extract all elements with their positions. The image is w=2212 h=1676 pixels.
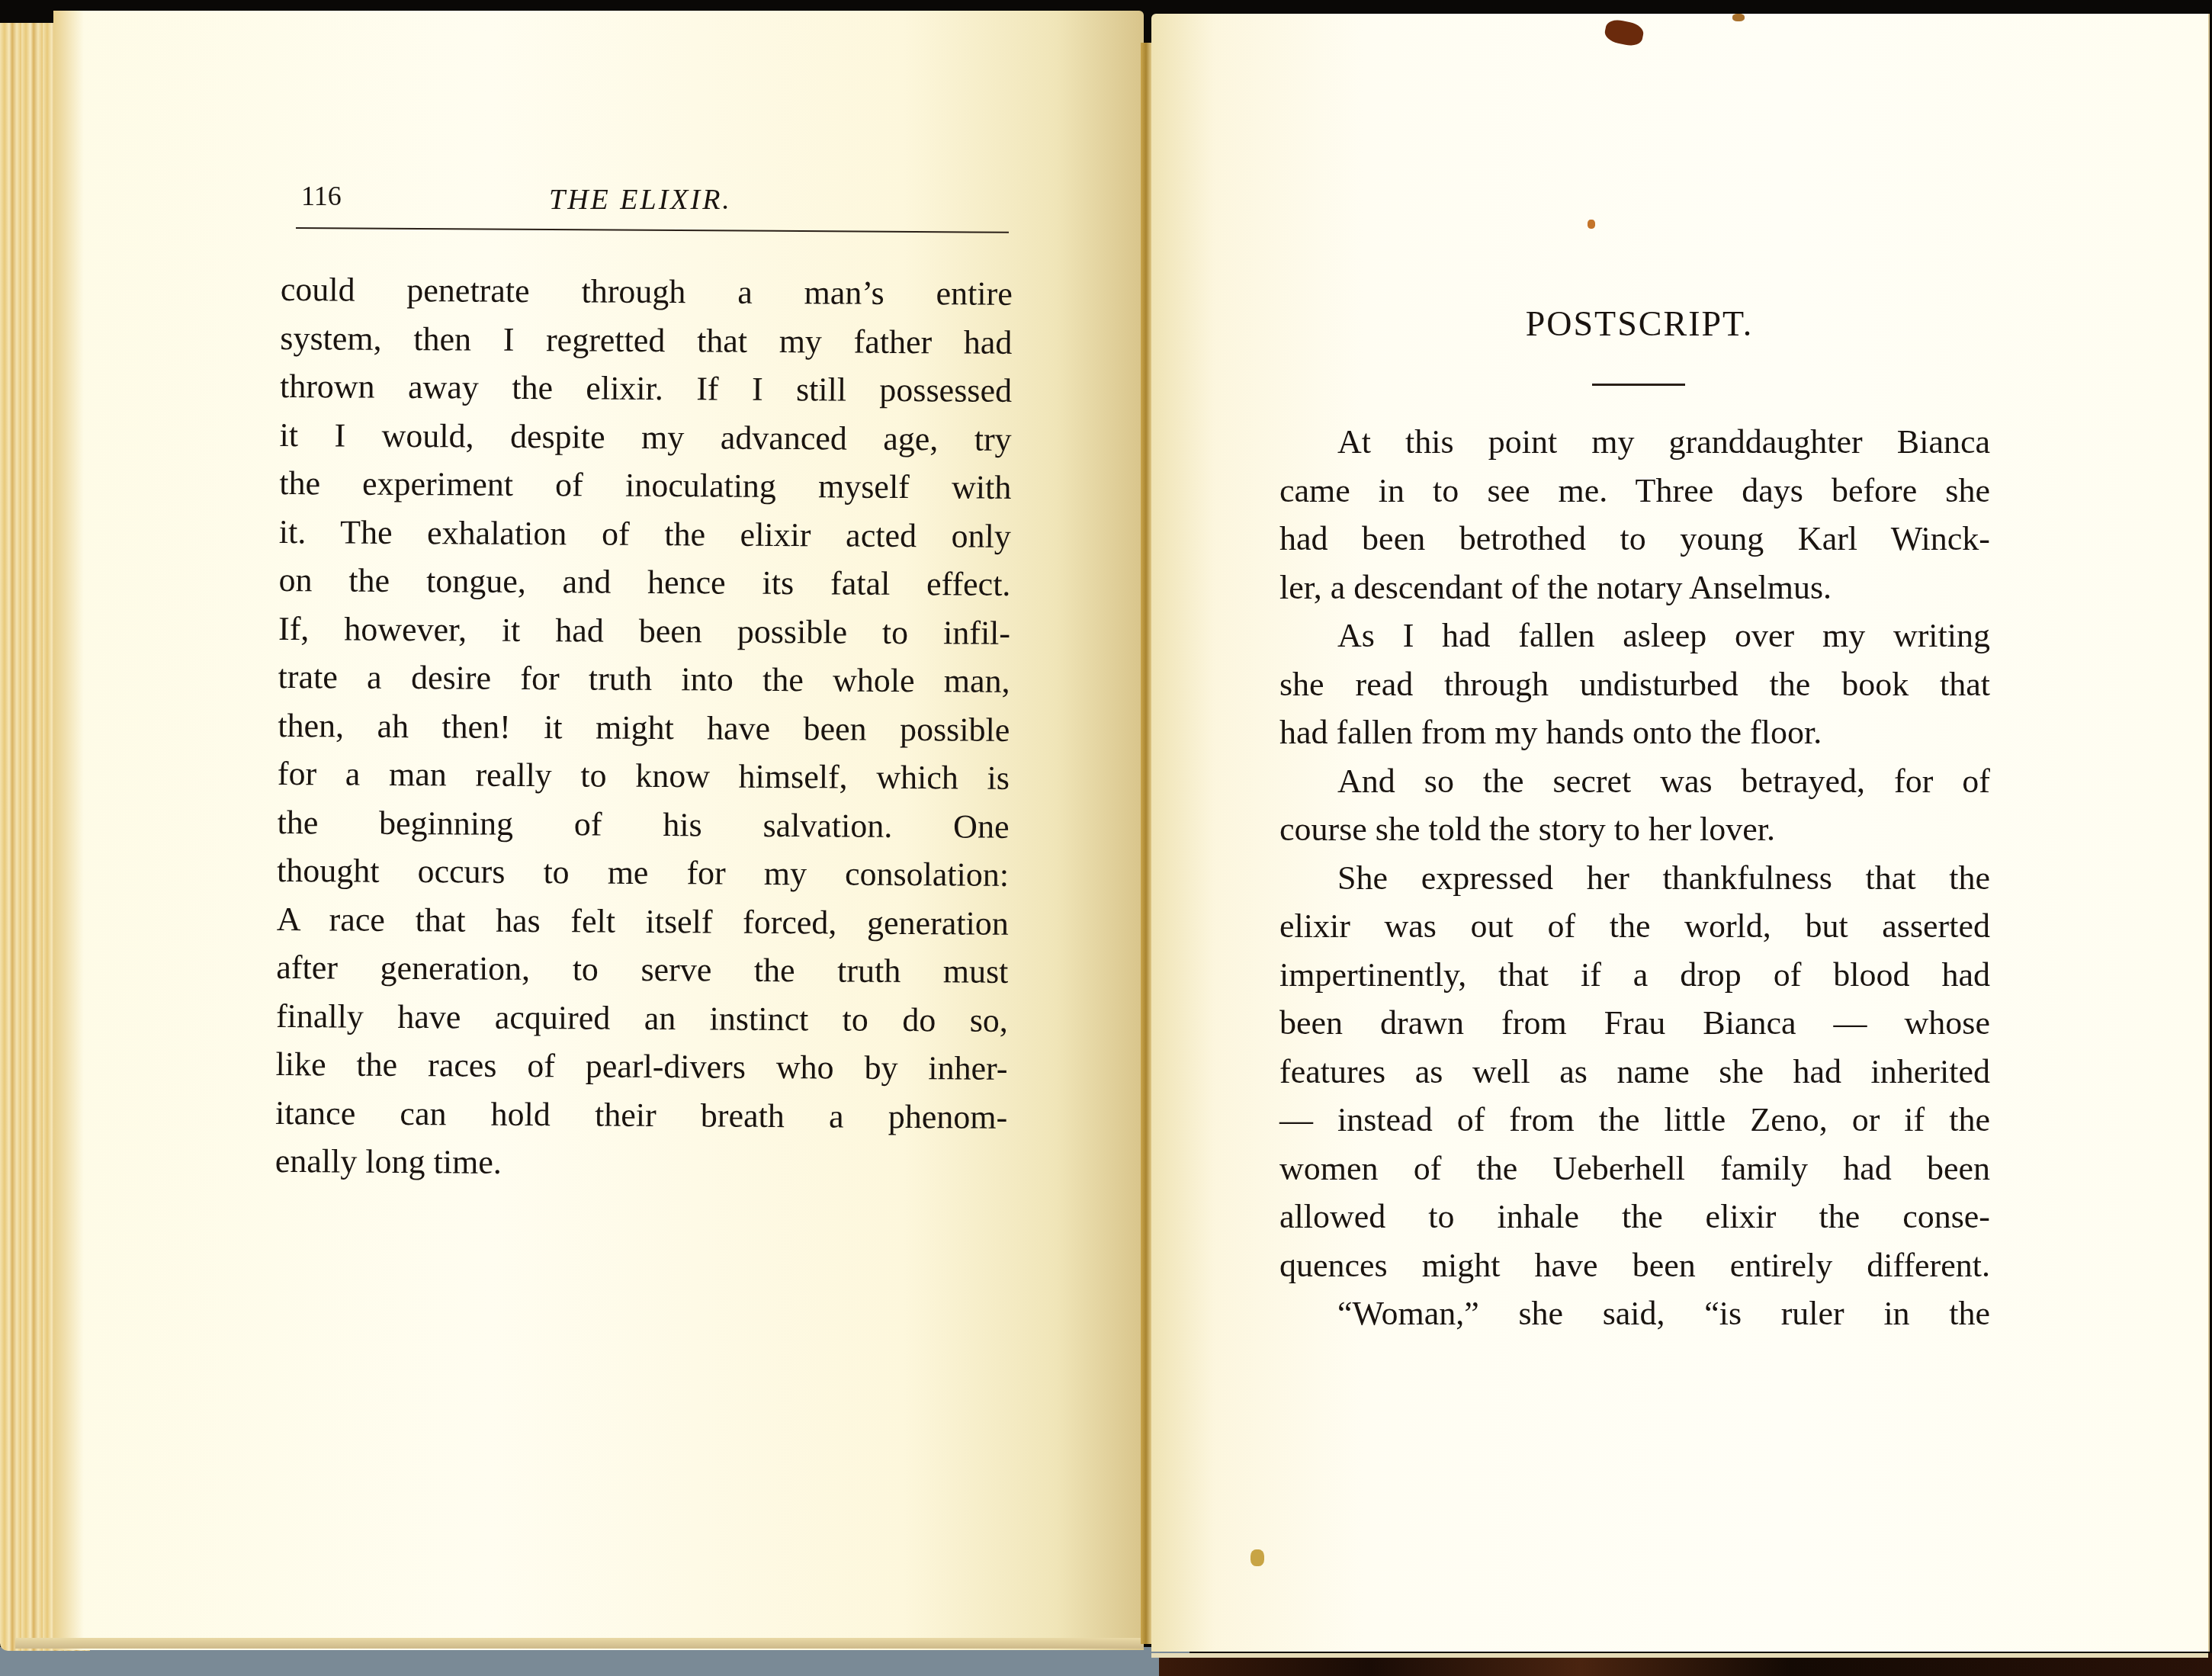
book-gutter bbox=[1141, 43, 1151, 1644]
text-line: itance can hold their breath a phenom- bbox=[275, 1088, 1007, 1141]
text-line: had been betrothed to young Karl Winck- bbox=[1279, 515, 1990, 563]
text-line: women of the Ueberhell family had been bbox=[1279, 1145, 1990, 1193]
text-line: trate a desire for truth into the whole … bbox=[278, 653, 1010, 705]
text-line: system, then I regretted that my father … bbox=[280, 313, 1012, 366]
left-page-edge-shade bbox=[53, 11, 84, 1650]
right-page-bottom-edge bbox=[1151, 1653, 2208, 1658]
title-rule bbox=[1592, 384, 1685, 386]
running-header: 116 THE ELIXIR. bbox=[301, 177, 1010, 207]
text-line: thrown away the elixir. If I still posse… bbox=[280, 362, 1012, 415]
text-line: came in to see me. Three days before she bbox=[1279, 467, 1990, 515]
text-line: enally long time. bbox=[275, 1137, 1007, 1190]
running-title: THE ELIXIR. bbox=[549, 183, 732, 217]
text-line: on the tongue, and hence its fatal effec… bbox=[278, 556, 1010, 608]
text-line: it I would, despite my advanced age, try bbox=[279, 410, 1011, 463]
text-line: the experiment of inoculating myself wit… bbox=[279, 459, 1011, 512]
right-page-text: At this point my granddaughter Bianca ca… bbox=[1279, 418, 1990, 1338]
text-line: been drawn from Frau Bianca — whose bbox=[1279, 999, 1990, 1048]
text-line: “Woman,” she said, “is ruler in the bbox=[1279, 1289, 1990, 1338]
text-line: then, ah then! it might have been possib… bbox=[278, 701, 1010, 753]
left-page-text: could penetrate through a man’s entire s… bbox=[275, 265, 1013, 1190]
text-line: She expressed her thankfulness that the bbox=[1279, 854, 1990, 903]
stain-mark-icon bbox=[1732, 14, 1745, 21]
text-line: features as well as name she had inherit… bbox=[1279, 1048, 1990, 1096]
text-line: impertinently, that if a drop of blood h… bbox=[1279, 951, 1990, 1000]
text-line: could penetrate through a man’s entire bbox=[281, 265, 1013, 318]
text-line: it. The exhalation of the elixir acted o… bbox=[279, 507, 1011, 560]
text-line: for a man really to know himself, which … bbox=[278, 750, 1010, 802]
text-line: quences might have been entirely differe… bbox=[1279, 1241, 1990, 1290]
text-line: As I had fallen asleep over my writing bbox=[1279, 612, 1990, 660]
text-line: At this point my granddaughter Bianca bbox=[1279, 418, 1990, 467]
chapter-title: POSTSCRIPT. bbox=[1266, 303, 2013, 344]
stain-mark-icon bbox=[1588, 220, 1595, 229]
text-line: thought occurs to me for my consolation: bbox=[277, 846, 1009, 899]
stain-mark-icon bbox=[1250, 1549, 1264, 1566]
text-line: And so the secret was betrayed, for of bbox=[1279, 757, 1990, 806]
text-line: after generation, to serve the truth mus… bbox=[276, 943, 1008, 996]
text-line: allowed to inhale the elixir the conse- bbox=[1279, 1193, 1990, 1241]
text-line: — instead of from the little Zeno, or if… bbox=[1279, 1096, 1990, 1145]
page-number: 116 bbox=[301, 180, 342, 212]
text-line: If, however, it had been possible to inf… bbox=[278, 604, 1010, 657]
scan-background bbox=[0, 1647, 1189, 1676]
left-page-bottom-edge bbox=[15, 1638, 1144, 1649]
text-line: she read through undisturbed the book th… bbox=[1279, 660, 1990, 709]
text-line: course she told the story to her lover. bbox=[1279, 805, 1990, 854]
text-line: elixir was out of the world, but asserte… bbox=[1279, 902, 1990, 951]
text-line: the beginning of his salvation. One bbox=[277, 798, 1009, 850]
text-line: ler, a descendant of the notary Anselmus… bbox=[1279, 563, 1990, 612]
text-line: like the races of pearl-divers who by in… bbox=[275, 1040, 1007, 1093]
text-line: had fallen from my hands onto the floor. bbox=[1279, 708, 1990, 757]
text-line: finally have acquired an instinct to do … bbox=[276, 991, 1008, 1044]
text-line: A race that has felt itself forced, gene… bbox=[277, 894, 1009, 947]
